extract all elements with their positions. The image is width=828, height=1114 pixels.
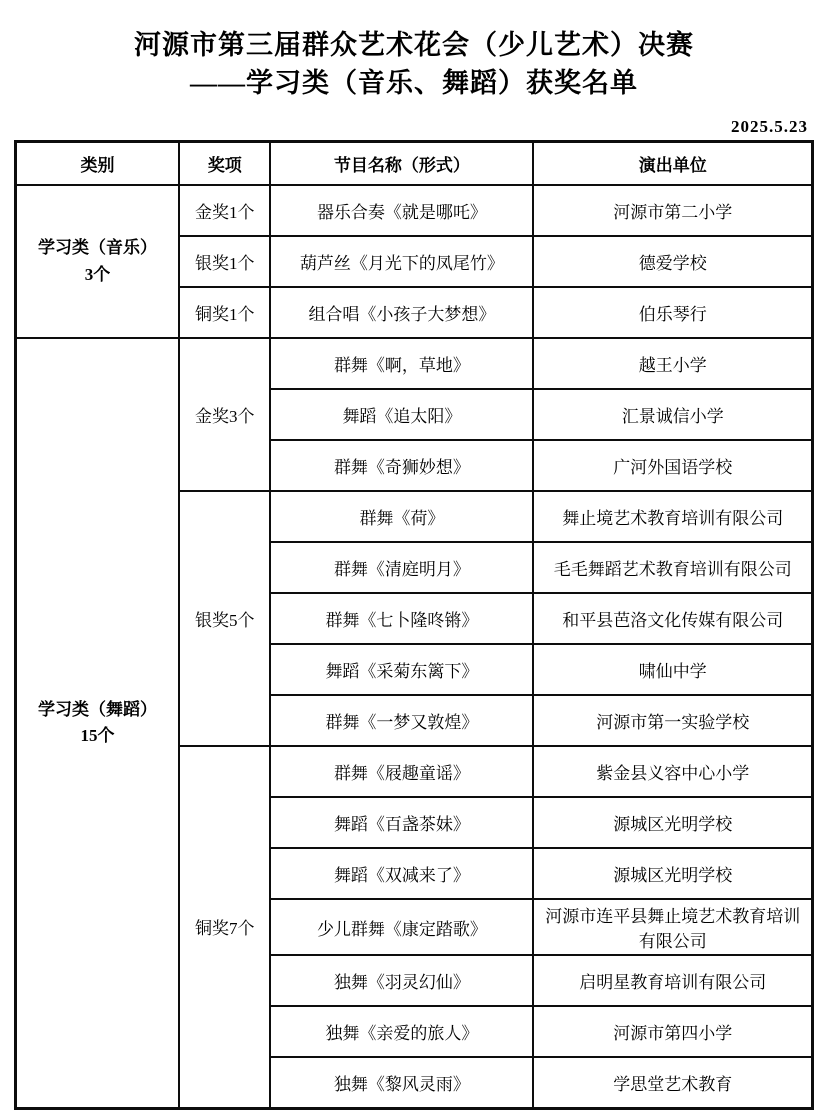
table-header: 类别 奖项 节目名称（形式） 演出单位 bbox=[16, 141, 813, 185]
unit-cell: 广河外国语学校 bbox=[533, 440, 812, 491]
category-cell: 学习类（舞蹈）15个 bbox=[16, 338, 180, 1108]
awards-table: 类别 奖项 节目名称（形式） 演出单位 学习类（音乐）3个金奖1个器乐合奏《就是… bbox=[14, 140, 814, 1110]
category-cell: 学习类（音乐）3个 bbox=[16, 185, 180, 338]
unit-cell: 和平县芭洛文化传媒有限公司 bbox=[533, 593, 812, 644]
program-cell: 群舞《屐趣童谣》 bbox=[270, 746, 533, 797]
unit-cell: 伯乐琴行 bbox=[533, 287, 812, 338]
category-count: 3个 bbox=[25, 262, 170, 288]
unit-cell: 紫金县义容中心小学 bbox=[533, 746, 812, 797]
award-cell: 银奖1个 bbox=[179, 236, 270, 287]
unit-cell: 源城区光明学校 bbox=[533, 797, 812, 848]
unit-cell: 启明星教育培训有限公司 bbox=[533, 955, 812, 1006]
unit-cell: 河源市第一实验学校 bbox=[533, 695, 812, 746]
program-cell: 少儿群舞《康定踏歌》 bbox=[270, 899, 533, 955]
award-cell: 铜奖7个 bbox=[179, 746, 270, 1108]
title-line-2: ——学习类（音乐、舞蹈）获奖名单 bbox=[190, 68, 638, 98]
program-cell: 葫芦丝《月光下的凤尾竹》 bbox=[270, 236, 533, 287]
program-cell: 器乐合奏《就是哪吒》 bbox=[270, 185, 533, 236]
program-cell: 独舞《羽灵幻仙》 bbox=[270, 955, 533, 1006]
program-cell: 群舞《一梦又敦煌》 bbox=[270, 695, 533, 746]
unit-cell: 舞止境艺术教育培训有限公司 bbox=[533, 491, 812, 542]
header-program: 节目名称（形式） bbox=[270, 141, 533, 185]
document-page: 河源市第三届群众艺术花会（少儿艺术）决赛 ——学习类（音乐、舞蹈）获奖名单 20… bbox=[0, 0, 828, 1114]
program-cell: 舞蹈《追太阳》 bbox=[270, 389, 533, 440]
program-cell: 舞蹈《双减来了》 bbox=[270, 848, 533, 899]
header-unit: 演出单位 bbox=[533, 141, 812, 185]
unit-cell: 汇景诚信小学 bbox=[533, 389, 812, 440]
document-title: 河源市第三届群众艺术花会（少儿艺术）决赛 ——学习类（音乐、舞蹈）获奖名单 bbox=[14, 26, 814, 103]
table-row: 学习类（音乐）3个金奖1个器乐合奏《就是哪吒》河源市第二小学 bbox=[16, 185, 813, 236]
program-cell: 独舞《亲爱的旅人》 bbox=[270, 1006, 533, 1057]
unit-cell: 毛毛舞蹈艺术教育培训有限公司 bbox=[533, 542, 812, 593]
program-cell: 组合唱《小孩子大梦想》 bbox=[270, 287, 533, 338]
title-line-1: 河源市第三届群众艺术花会（少儿艺术）决赛 bbox=[134, 30, 694, 60]
award-cell: 铜奖1个 bbox=[179, 287, 270, 338]
unit-cell: 德爱学校 bbox=[533, 236, 812, 287]
header-category: 类别 bbox=[16, 141, 180, 185]
header-award: 奖项 bbox=[179, 141, 270, 185]
document-date: 2025.5.23 bbox=[14, 117, 814, 137]
program-cell: 舞蹈《百盏茶妹》 bbox=[270, 797, 533, 848]
unit-cell: 啸仙中学 bbox=[533, 644, 812, 695]
unit-cell: 学思堂艺术教育 bbox=[533, 1057, 812, 1108]
award-cell: 金奖1个 bbox=[179, 185, 270, 236]
unit-cell: 越王小学 bbox=[533, 338, 812, 389]
unit-cell: 河源市第四小学 bbox=[533, 1006, 812, 1057]
program-cell: 群舞《荷》 bbox=[270, 491, 533, 542]
program-cell: 群舞《啊，草地》 bbox=[270, 338, 533, 389]
award-cell: 银奖5个 bbox=[179, 491, 270, 746]
header-row: 类别 奖项 节目名称（形式） 演出单位 bbox=[16, 141, 813, 185]
unit-cell: 源城区光明学校 bbox=[533, 848, 812, 899]
category-name: 学习类（舞蹈） bbox=[25, 697, 170, 723]
unit-cell: 河源市连平县舞止境艺术教育培训有限公司 bbox=[533, 899, 812, 955]
category-name: 学习类（音乐） bbox=[25, 235, 170, 261]
program-cell: 群舞《七卜隆咚锵》 bbox=[270, 593, 533, 644]
program-cell: 群舞《清庭明月》 bbox=[270, 542, 533, 593]
unit-cell: 河源市第二小学 bbox=[533, 185, 812, 236]
table-row: 学习类（舞蹈）15个金奖3个群舞《啊，草地》越王小学 bbox=[16, 338, 813, 389]
program-cell: 舞蹈《采菊东篱下》 bbox=[270, 644, 533, 695]
category-count: 15个 bbox=[25, 723, 170, 749]
program-cell: 群舞《奇狮妙想》 bbox=[270, 440, 533, 491]
table-body: 学习类（音乐）3个金奖1个器乐合奏《就是哪吒》河源市第二小学银奖1个葫芦丝《月光… bbox=[16, 185, 813, 1108]
award-cell: 金奖3个 bbox=[179, 338, 270, 491]
program-cell: 独舞《黎风灵雨》 bbox=[270, 1057, 533, 1108]
